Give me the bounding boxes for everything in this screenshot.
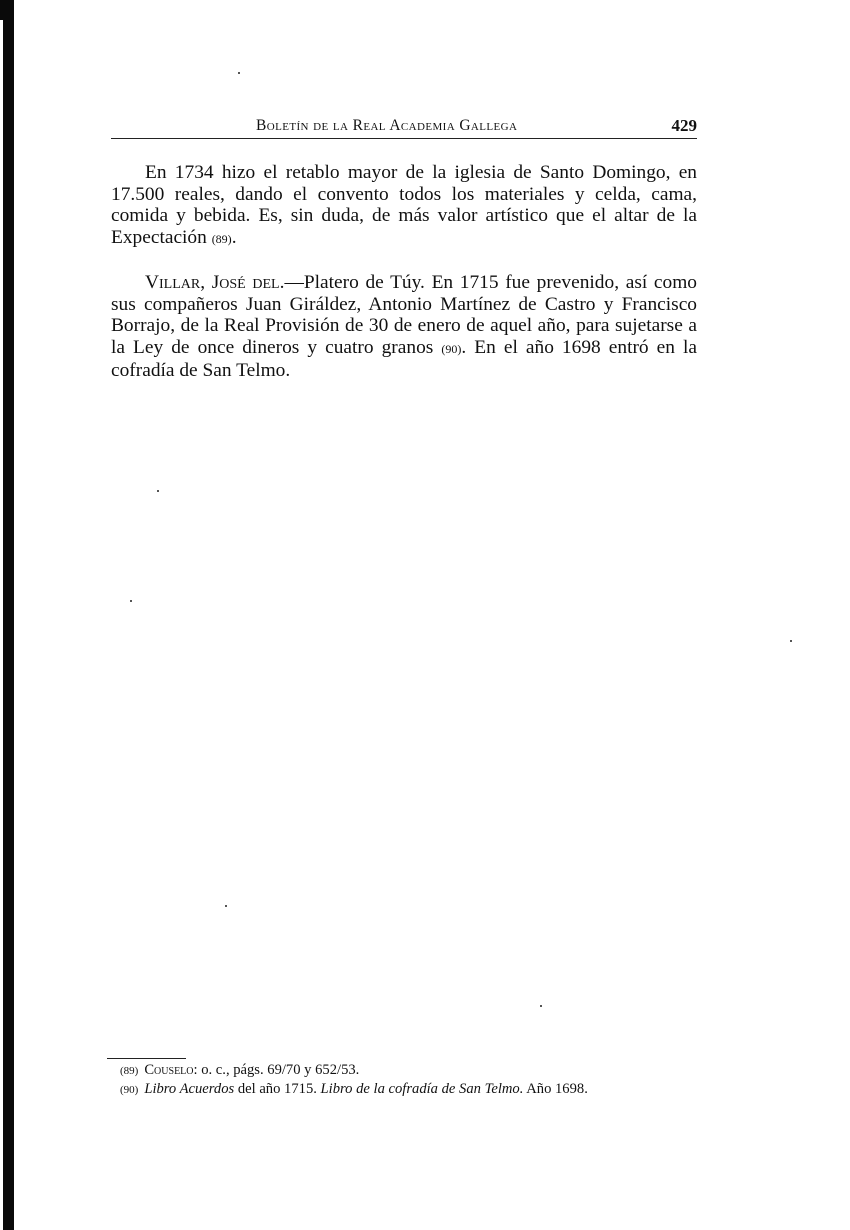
header-rule	[111, 138, 697, 139]
body-text: En 1734 hizo el retablo mayor de la igle…	[111, 162, 697, 382]
running-title: Boletín de la Real Academia Gallega	[256, 117, 517, 135]
scan-speck	[238, 72, 240, 74]
footnote-90: (90)Libro Acuerdos del año 1715. Libro d…	[107, 1081, 697, 1100]
footnote-author: Couselo	[144, 1062, 193, 1078]
running-head: Boletín de la Real Academia Gallega 429	[111, 114, 697, 138]
footnote-text: del año 1715.	[234, 1081, 320, 1097]
scan-border-top	[0, 0, 3, 20]
scan-speck	[540, 1005, 542, 1007]
footnote-marker: (90)	[120, 1084, 138, 1096]
scan-speck	[225, 905, 227, 907]
page-number: 429	[672, 116, 698, 136]
paragraph-text: En 1734 hizo el retablo mayor de la igle…	[111, 162, 697, 248]
scan-border	[3, 0, 14, 1230]
footnote-marker: (89)	[120, 1065, 138, 1077]
footnote-ref-90[interactable]: (90)	[441, 342, 461, 356]
scan-speck	[790, 640, 792, 642]
entry-name: Villar, José del.	[145, 272, 284, 293]
paragraph-text-end: .	[232, 227, 237, 248]
footnote-text: : o. c., págs. 69/70 y 652/53.	[194, 1062, 360, 1078]
scan-speck	[157, 490, 159, 492]
paragraph-villar: Villar, José del.—Platero de Túy. En 171…	[111, 272, 697, 382]
footnote-text-end: Año 1698.	[523, 1081, 587, 1097]
footnote-rule	[107, 1058, 186, 1059]
footnote-source-title-2: Libro de la cofradía de San Telmo.	[321, 1081, 524, 1097]
footnote-89: (89)Couselo: o. c., págs. 69/70 y 652/53…	[107, 1062, 697, 1081]
footnote-ref-89[interactable]: (89)	[212, 232, 232, 246]
scan-speck	[130, 600, 132, 602]
footnote-source-title: Libro Acuerdos	[144, 1081, 234, 1097]
footnotes: (89)Couselo: o. c., págs. 69/70 y 652/53…	[107, 1062, 697, 1099]
paragraph-retablo: En 1734 hizo el retablo mayor de la igle…	[111, 162, 697, 250]
